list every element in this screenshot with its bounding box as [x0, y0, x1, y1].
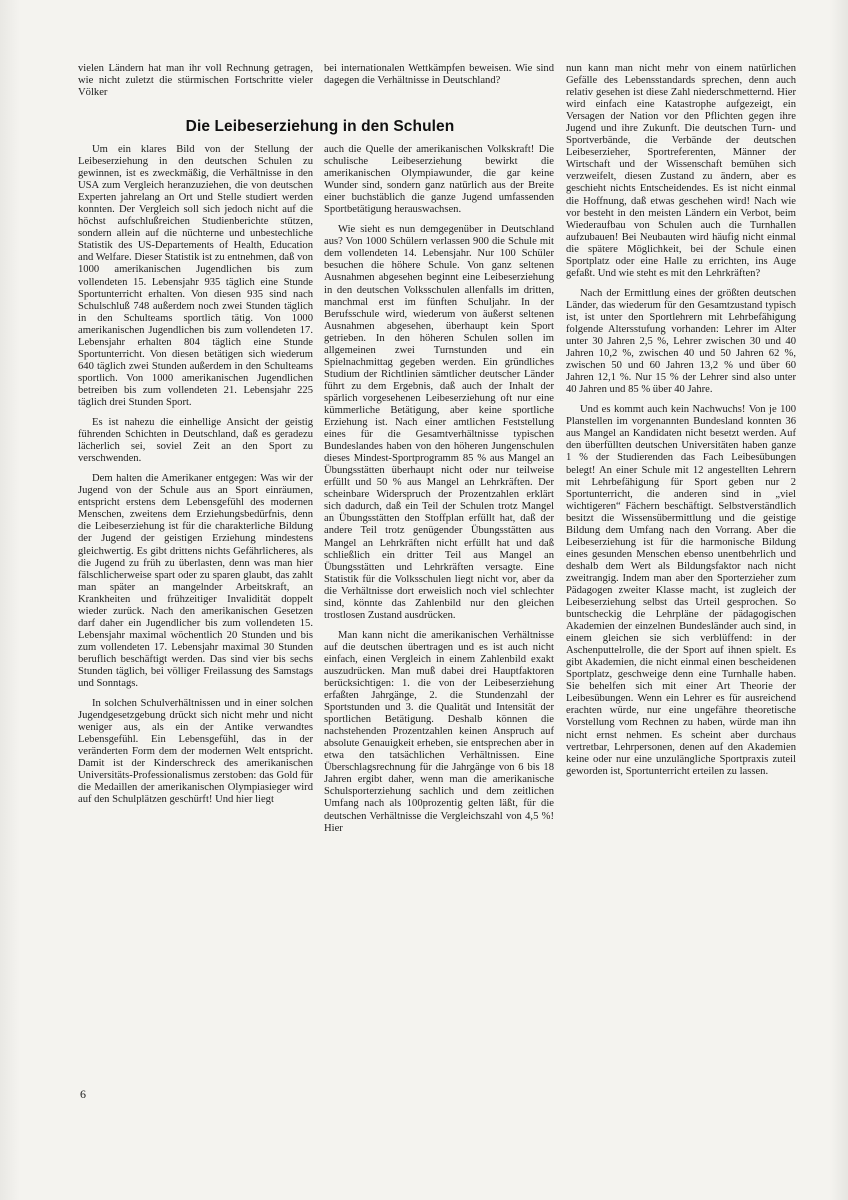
article-column-3: nun kann man nicht mehr von einem natürl…: [566, 63, 796, 778]
magazine-page: vielen Ländern hat man ihr voll Rechnung…: [0, 0, 848, 1200]
page-number: 6: [80, 1087, 86, 1102]
paragraph: Wie sieht es nun demgegenüber in Deutsch…: [324, 224, 554, 622]
intro-column-2: bei internationalen Wettkämpfen beweisen…: [324, 63, 554, 87]
intro-text-1: vielen Ländern hat man ihr voll Rechnung…: [78, 63, 313, 99]
article-column-1: Um ein klares Bild von der Stellung der …: [78, 144, 313, 806]
paragraph: auch die Quelle der amerikanischen Volks…: [324, 144, 554, 216]
article-headline: Die Leibeserziehung in den Schulen: [160, 118, 480, 136]
paragraph: nun kann man nicht mehr von einem natürl…: [566, 63, 796, 280]
intro-text-2: bei internationalen Wettkämpfen beweisen…: [324, 63, 554, 87]
article-column-2: auch die Quelle der amerikanischen Volks…: [324, 144, 554, 835]
paragraph: In solchen Schulverhältnissen und in ein…: [78, 698, 313, 806]
paragraph: Man kann nicht die amerikanischen Verhäl…: [324, 630, 554, 835]
paragraph: Und es kommt auch kein Nachwuchs! Von je…: [566, 404, 796, 777]
paragraph: Dem halten die Amerikaner entgegen: Was …: [78, 473, 313, 690]
paragraph: Um ein klares Bild von der Stellung der …: [78, 144, 313, 409]
paragraph: Es ist nahezu die einhellige Ansicht der…: [78, 417, 313, 465]
paragraph: Nach der Ermittlung eines der größten de…: [566, 288, 796, 396]
intro-column-1: vielen Ländern hat man ihr voll Rechnung…: [78, 63, 313, 99]
